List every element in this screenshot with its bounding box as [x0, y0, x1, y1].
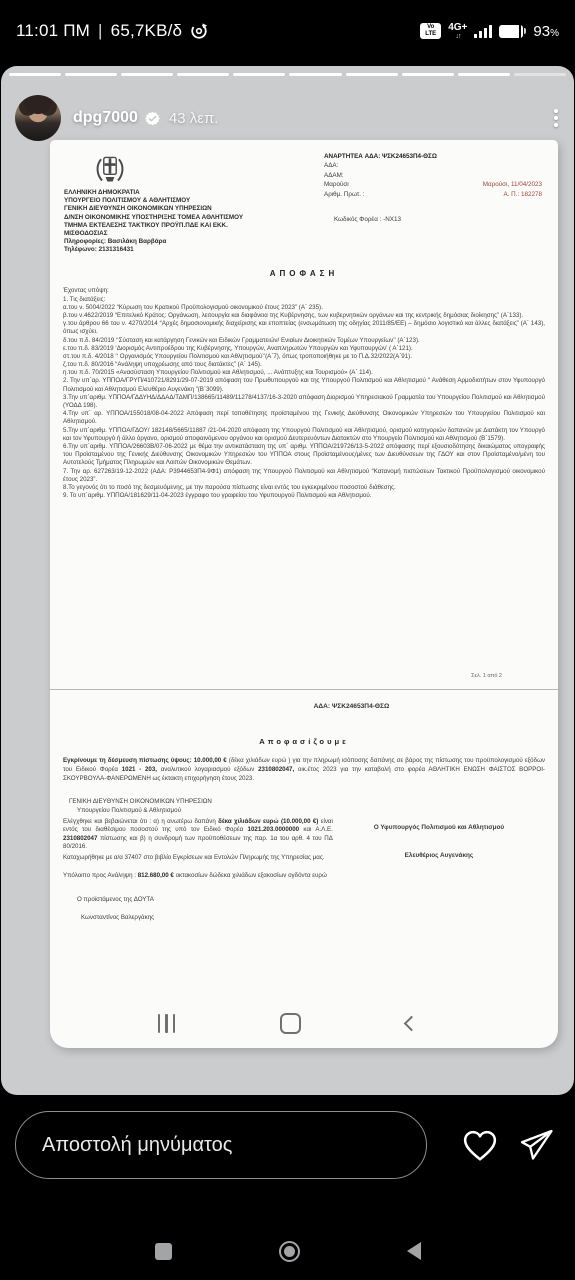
- preamble-line: γ.του άρθρου 66 του ν. 4270/2014 “Αρχές …: [63, 320, 545, 336]
- place-row: Μαρούσι Μαρούσι, 11/04/2023: [324, 180, 548, 189]
- verified-badge-icon: [145, 111, 160, 126]
- story-header: dpg7000 43 λεπ.: [15, 90, 562, 146]
- department-head-title: Ο προϊστάμενος της ΔΟΥΤΑ: [77, 896, 333, 904]
- preamble-line: 6.Την υπ΄αριθμ. ΥΠΠΟΑ/26603Β/07-06-2022 …: [63, 443, 545, 468]
- document-page-2: ΑΔΑ: ΨΣΚ24653Π4-ΘΣΩ Αποφασίζουμε Εγκρίνο…: [50, 692, 558, 922]
- preamble-line: 9. Το υπ΄αριθμ. ΥΠΠΟΑ/181629/11-04-2023 …: [63, 492, 545, 500]
- preamble-line: β.του ν.4622/2019 “Επιτελικό Κράτος: Οργ…: [63, 312, 545, 320]
- agency-line: ΤΜΗΜΑ ΕΚΤΕΛΕΣΗΣ ΤΑΚΤΙΚΟΥ ΠΡΟΫΠ.ΠΔΕ ΚΑΙ Ε…: [64, 222, 308, 230]
- preamble-line: Έχοντας υπόψη:: [63, 287, 545, 295]
- ada-code-page2: ΑΔΑ: ΨΣΚ24653Π4-ΘΣΩ: [314, 703, 545, 710]
- protocol-stamp: Α. Π.: 182278: [503, 190, 542, 199]
- share-button[interactable]: [520, 1129, 554, 1161]
- document-sheet: ΕΛΛΗΝΙΚΗ ΔΗΜΟΚΡΑΤΙΑΥΠΟΥΡΓΕΙΟ ΠΟΛΙΤΙΣΜΟΥ …: [50, 140, 558, 1048]
- progress-segment: [9, 73, 61, 76]
- embedded-recents-icon: [158, 1014, 176, 1033]
- preamble-line: η.του π.δ. 70/2015 «Ανασύσταση Υπουργείο…: [63, 369, 545, 377]
- signal-strength-icon: [474, 24, 492, 38]
- progress-segment: [402, 73, 454, 76]
- preamble-line: 8.Το γεγονός ότι το ποσό της δεσμευόμενη…: [63, 484, 545, 492]
- phone-screen: 11:01 ΠΜ | 65,7KB/δ Vo LTE 4G+ ↓↑: [0, 0, 575, 1280]
- approval-paragraph: Εγκρίνουμε τη δέσμευση πίστωσης ύψους: 1…: [63, 757, 545, 783]
- agency-block: ΕΛΛΗΝΙΚΗ ΔΗΜΟΚΡΑΤΙΑΥΠΟΥΡΓΕΙΟ ΠΟΛΙΤΙΣΜΟΥ …: [64, 152, 308, 254]
- greek-coat-of-arms-icon: [94, 152, 126, 186]
- gdou-line2: Υπουργείου Πολιτισμού & Αθλητισμού: [77, 807, 333, 815]
- agency-line: ΜΙΣΘΟΔΟΣΙΑΣ: [64, 230, 308, 238]
- heart-icon: [462, 1129, 498, 1162]
- battery-percent: 93%: [533, 23, 559, 40]
- progress-segment: [177, 73, 229, 76]
- network-arrows: ↓↑: [455, 33, 460, 40]
- story-progress-bar: [9, 73, 566, 76]
- agency-line: Πληροφορίες: Βασιλάκη Βαρβάρα: [64, 238, 308, 246]
- preamble-line: 3.Την υπ΄αριθμ. ΥΠΠΟΑ/ΓΔΔΥΗΔ/ΔΔΑΔ/ΤΔΜΠ/1…: [63, 394, 545, 410]
- progress-segment: [121, 73, 173, 76]
- adam-label: ΑΔΑΜ:: [324, 171, 548, 180]
- back-button[interactable]: [407, 1242, 421, 1260]
- data-saver-icon: [190, 22, 208, 40]
- embedded-back-icon: [404, 1015, 420, 1031]
- status-right: Vo LTE 4G+ ↓↑ 93%: [420, 23, 559, 40]
- verification-block: ΓΕΝΙΚΗ ΔΙΕΥΘΥΝΣΗ ΟΙΚΟΝΟΜΙΚΩΝ ΥΠΗΡΕΣΙΩΝ Υ…: [63, 798, 333, 922]
- embedded-android-nav: [1, 1010, 574, 1036]
- home-button[interactable]: [279, 1241, 300, 1262]
- like-button[interactable]: [462, 1129, 498, 1162]
- gdou-line1: ΓΕΝΙΚΗ ΔΙΕΥΘΥΝΣΗ ΟΙΚΟΝΟΜΙΚΩΝ ΥΠΗΡΕΣΙΩΝ: [69, 798, 333, 806]
- agency-lines: ΕΛΛΗΝΙΚΗ ΔΗΜΟΚΡΑΤΙΑΥΠΟΥΡΓΕΙΟ ΠΟΛΙΤΙΣΜΟΥ …: [64, 189, 308, 254]
- verification-paragraph: Ελέγχθηκε και βεβαιώνεται ότι : α) η ανω…: [63, 818, 333, 851]
- department-head-name: Κωνσταντίνος Βαλεργάκης: [81, 914, 333, 922]
- android-nav-bar: [0, 1222, 575, 1280]
- progress-segment: [233, 73, 285, 76]
- page-number: Σελ. 1 από 2: [471, 673, 502, 679]
- recents-button[interactable]: [155, 1243, 172, 1260]
- progress-segment: [458, 73, 510, 76]
- story-card[interactable]: dpg7000 43 λεπ.: [1, 66, 574, 1095]
- document-header: ΕΛΛΗΝΙΚΗ ΔΗΜΟΚΡΑΤΙΑΥΠΟΥΡΓΕΙΟ ΠΟΛΙΤΙΣΜΟΥ …: [50, 140, 558, 254]
- home-icon: [279, 1241, 300, 1262]
- volte-bottom-label: LTE: [425, 31, 436, 38]
- network-type-label: 4G+: [448, 23, 467, 33]
- progress-segment: [346, 73, 398, 76]
- story-reply-bar: [0, 1106, 575, 1184]
- minister-title: Ο Υφυπουργός Πολιτισμού και Αθλητισμού: [333, 824, 545, 831]
- page-break-line: [50, 689, 558, 690]
- status-bar: 11:01 ΠΜ | 65,7KB/δ Vo LTE 4G+ ↓↑: [0, 0, 575, 62]
- signature-block: Ο Υφυπουργός Πολιτισμού και Αθλητισμού Ε…: [333, 798, 545, 922]
- preamble-line: 7. Την αρ. 627263/19-12-2022 (ΑΔΑ: Ρ3944…: [63, 468, 545, 484]
- preamble-line: 5.Την υπ΄αριθμ. ΥΠΠΟΑ/ΓΔΟΥ/ 182148/5665/…: [63, 427, 545, 443]
- data-rate: 65,7KB/δ: [111, 21, 183, 41]
- ada-label: ΑΔΑ:: [324, 161, 548, 170]
- preamble-line: ζ.του π.δ. 80/2016 “Ανάληψη υποχρέωσης α…: [63, 361, 545, 369]
- minister-name: Ελευθέριος Αυγενάκης: [333, 852, 545, 859]
- preamble-line: 2. Την υπ΄αρ. ΥΠΠΟΑ/ΓΡΥΠ/410721/8291/29-…: [63, 377, 545, 393]
- agency-line: ΓΕΝΙΚΗ ΔΙΕΥΘΥΝΣΗ ΟΙΚΟΝΟΜΙΚΩΝ ΥΠΗΡΕΣΙΩΝ: [64, 205, 308, 213]
- progress-segment: [65, 73, 117, 76]
- back-icon: [407, 1242, 421, 1260]
- story-timestamp: 43 λεπ.: [169, 110, 219, 127]
- avatar[interactable]: [15, 95, 61, 141]
- status-separator: |: [98, 21, 103, 41]
- date-stamp: Μαρούσι, 11/04/2023: [483, 180, 542, 189]
- progress-segment: [289, 73, 341, 76]
- volte-top-label: Vo: [427, 24, 434, 31]
- forea-code: Κωδικός Φορέα : -ΝΧ13: [334, 215, 548, 224]
- preamble-line: ε.του π.δ. 83/2019 ‘Διορισμός Αντιπροέδρ…: [63, 345, 545, 353]
- registration-line: Καταχωρήθηκε με α/α 37407 στο βιβλίο Εγκ…: [63, 854, 333, 862]
- battery-icon: [499, 25, 526, 38]
- anartitea-line: ΑΝΑΡΤΗΤΕΑ ΑΔΑ: ΨΣΚ24653Π4-ΘΣΩ: [324, 152, 548, 161]
- preamble-line: στ.του π.δ. 4/2018 ‘‘ Οργανισμός Υπουργε…: [63, 353, 545, 361]
- doc-meta-block: ΑΝΑΡΤΗΤΕΑ ΑΔΑ: ΨΣΚ24653Π4-ΘΣΩ ΑΔΑ: ΑΔΑΜ:…: [308, 152, 548, 254]
- username[interactable]: dpg7000: [73, 109, 138, 127]
- preamble-line: α.του ν. 5004/2022 “Κύρωση του Κρατικού …: [63, 304, 545, 312]
- progress-segment: [514, 73, 566, 76]
- agency-line: Δ/ΝΣΗ ΟΙΚΟΝΟΜΙΚΗΣ ΥΠΟΣΤΗΡΙΞΗΣ ΤΟΜΕΑ ΑΘΛΗ…: [64, 214, 308, 222]
- network-type-indicator: 4G+ ↓↑: [448, 23, 467, 40]
- balance-line: Υπόλοιπο προς Ανάληψη : 812.680,00 € οκτ…: [63, 872, 333, 880]
- decision-title: ΑΠΟΦΑΣΗ: [50, 269, 558, 278]
- status-left: 11:01 ΠΜ | 65,7KB/δ: [16, 21, 208, 41]
- embedded-home-icon: [280, 1013, 301, 1034]
- agency-line: Τηλέφωνο: 2131316431: [64, 246, 308, 254]
- preamble-line: δ.του π.δ. 84/2019 ‘‘Σύσταση και κατάργη…: [63, 337, 545, 345]
- agency-line: ΕΛΛΗΝΙΚΗ ΔΗΜΟΚΡΑΤΙΑ: [64, 189, 308, 197]
- recents-icon: [155, 1243, 172, 1260]
- story-menu-button[interactable]: [550, 103, 562, 133]
- decide-heading: Αποφασίζουμε: [63, 737, 545, 746]
- clock: 11:01 ΠΜ: [16, 21, 90, 41]
- volte-icon: Vo LTE: [420, 23, 441, 39]
- preamble-line: 4.Την υπ΄ αρ. ΥΠΠΟΑ/155018/08-04-2022 Απ…: [63, 410, 545, 426]
- protocol-row: Αριθμ. Πρωτ. : Α. Π.: 182278: [324, 190, 548, 199]
- paper-plane-icon: [520, 1129, 554, 1161]
- decision-preamble: Έχοντας υπόψη:1. Τις διατάξεις:α.του ν. …: [63, 287, 545, 500]
- message-input[interactable]: [15, 1111, 427, 1179]
- agency-line: ΥΠΟΥΡΓΕΙΟ ΠΟΛΙΤΙΣΜΟΥ & ΑΘΛΗΤΙΣΜΟΥ: [64, 197, 308, 205]
- preamble-line: 1. Τις διατάξεις:: [63, 296, 545, 304]
